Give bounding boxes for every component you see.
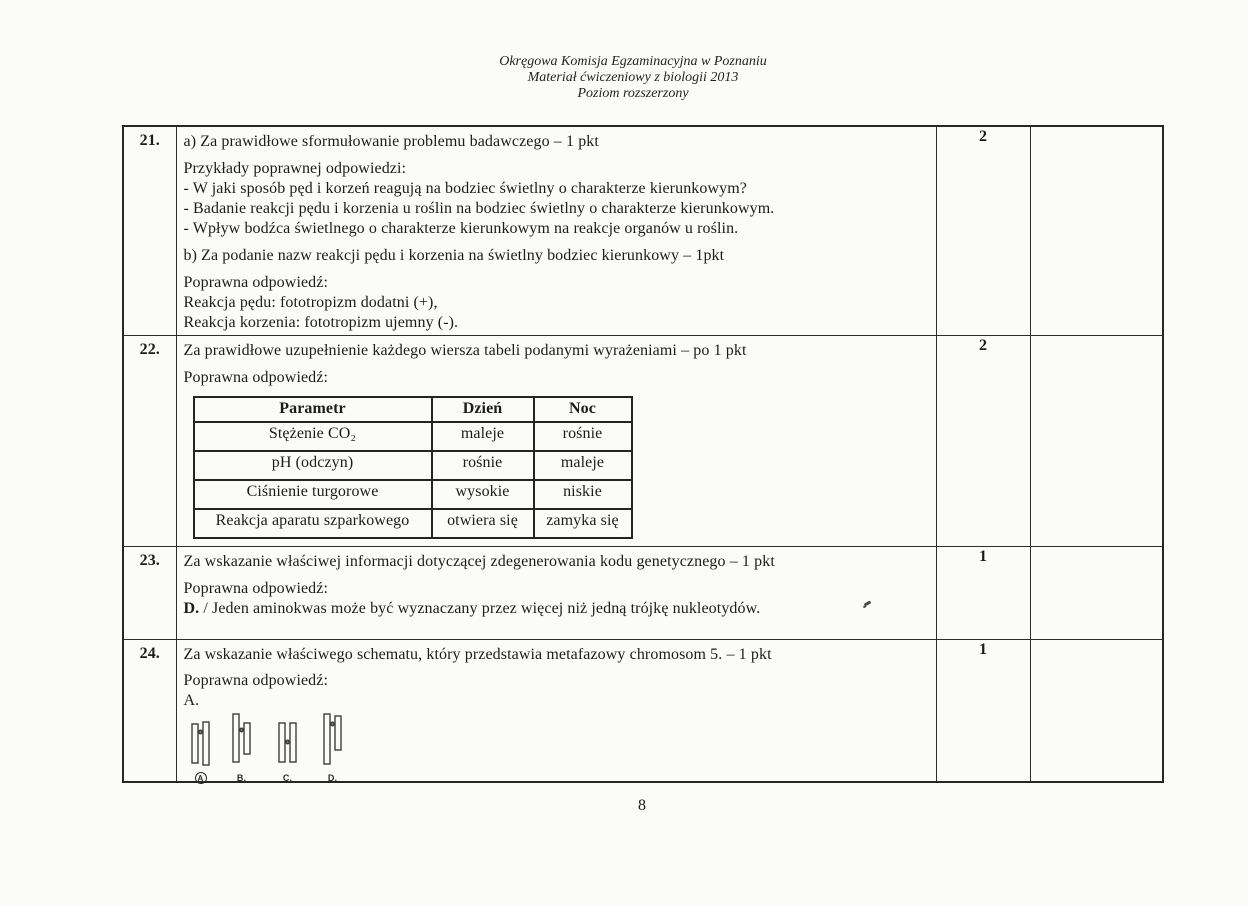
- inner-header-row: Parametr Dzień Noc: [194, 397, 632, 422]
- option-label: D.: [328, 773, 337, 784]
- table-row-q22: 22. Za prawidłowe uzupełnienie każdego w…: [123, 335, 1163, 546]
- empty-cell: [1030, 335, 1163, 546]
- empty-cell: [1030, 546, 1163, 639]
- inner-value-dzien: maleje: [432, 422, 534, 451]
- answer-line: Reakcja pędu: fototropizm dodatni (+),: [184, 293, 928, 313]
- answer-line: D. / Jeden aminokwas może być wyznaczany…: [184, 599, 928, 619]
- inner-row-turgor: Ciśnienie turgorowe wysokie niskie: [194, 480, 632, 509]
- option-label: C.: [283, 773, 292, 784]
- option-label: B.: [237, 773, 246, 784]
- chromosome-diagram-icon: [230, 713, 254, 767]
- examples-intro: Przykłady poprawnej odpowiedzi:: [184, 159, 928, 179]
- inner-param: Ciśnienie turgorowe: [194, 480, 432, 509]
- chromosome-option-b: B.: [229, 713, 255, 787]
- answer-letter: D.: [184, 600, 200, 617]
- answer-inner-table: Parametr Dzień Noc Stężenie CO₂ maleje r…: [193, 396, 633, 539]
- inner-header-dzien: Dzień: [432, 397, 534, 422]
- answer-intro: Poprawna odpowiedź:: [184, 671, 928, 691]
- empty-cell: [1030, 126, 1163, 335]
- inner-header-noc: Noc: [534, 397, 632, 422]
- inner-value-dzien: wysokie: [432, 480, 534, 509]
- inner-param: pH (odczyn): [194, 451, 432, 480]
- inner-header-parametr: Parametr: [194, 397, 432, 422]
- table-row-q24: 24. Za wskazanie właściwego schematu, kt…: [123, 639, 1163, 782]
- inner-row-co2: Stężenie CO₂ maleje rośnie: [194, 422, 632, 451]
- answer-line: Reakcja korzenia: fototropizm ujemny (-)…: [184, 313, 928, 333]
- criterion-b: b) Za podanie nazw reakcji pędu i korzen…: [184, 246, 928, 266]
- chromosome-option-a: A: [188, 713, 214, 787]
- question-content: a) Za prawidłowe sformułowanie problemu …: [176, 126, 936, 335]
- inner-value-dzien: otwiera się: [432, 509, 534, 538]
- answer-key-table: 21. a) Za prawidłowe sformułowanie probl…: [122, 125, 1164, 783]
- example-answer: - W jaki sposób pęd i korzeń reagują na …: [184, 179, 928, 199]
- header-institution: Okręgowa Komisja Egzaminacyjna w Poznani…: [18, 54, 1248, 70]
- points-value: 2: [936, 126, 1030, 335]
- empty-cell: [1030, 639, 1163, 782]
- chromosome-option-c: C.: [275, 713, 301, 787]
- question-number: 23.: [123, 546, 176, 639]
- answer-text: / Jeden aminokwas może być wyznaczany pr…: [199, 600, 760, 617]
- chromosome-diagram-icon: [189, 713, 213, 767]
- chromosome-diagram-icon: [276, 713, 300, 767]
- chromosome-option-d: D.: [320, 713, 346, 787]
- chromosome-diagram-icon: [321, 713, 345, 767]
- page-number: 8: [18, 797, 1248, 815]
- header-level: Poziom rozszerzony: [18, 86, 1248, 102]
- question-number: 24.: [123, 639, 176, 782]
- points-value: 1: [936, 639, 1030, 782]
- table-row-q23: 23. Za wskazanie właściwej informacji do…: [123, 546, 1163, 639]
- question-content: Za wskazanie właściwego schematu, który …: [176, 639, 936, 782]
- answer-intro: Poprawna odpowiedź:: [184, 579, 928, 599]
- inner-value-noc: niskie: [534, 480, 632, 509]
- document-header: Okręgowa Komisja Egzaminacyjna w Poznani…: [18, 54, 1248, 102]
- inner-value-noc: rośnie: [534, 422, 632, 451]
- header-material: Materiał ćwiczeniowy z biologii 2013: [18, 70, 1248, 86]
- chromosome-options: A B.: [184, 713, 928, 781]
- inner-value-noc: zamyka się: [534, 509, 632, 538]
- example-answer: - Badanie reakcji pędu i korzenia u rośl…: [184, 199, 928, 219]
- inner-param: Reakcja aparatu szparkowego: [194, 509, 432, 538]
- inner-value-dzien: rośnie: [432, 451, 534, 480]
- criterion: Za wskazanie właściwej informacji dotycz…: [184, 552, 928, 572]
- option-label: A: [195, 772, 207, 784]
- question-content: Za wskazanie właściwej informacji dotycz…: [176, 546, 936, 639]
- points-value: 1: [936, 546, 1030, 639]
- example-answer: - Wpływ bodźca świetlnego o charakterze …: [184, 219, 928, 239]
- criterion-a: a) Za prawidłowe sformułowanie problemu …: [184, 132, 928, 152]
- inner-value-noc: maleje: [534, 451, 632, 480]
- criterion: Za prawidłowe uzupełnienie każdego wiers…: [184, 341, 928, 361]
- table-row-q21: 21. a) Za prawidłowe sformułowanie probl…: [123, 126, 1163, 335]
- inner-param: Stężenie CO₂: [194, 422, 432, 451]
- question-number: 22.: [123, 335, 176, 546]
- answer-intro: Poprawna odpowiedź:: [184, 273, 928, 293]
- question-number: 21.: [123, 126, 176, 335]
- inner-row-ph: pH (odczyn) rośnie maleje: [194, 451, 632, 480]
- answer-letter: A.: [184, 691, 928, 711]
- criterion: Za wskazanie właściwego schematu, który …: [184, 645, 928, 665]
- inner-row-szparki: Reakcja aparatu szparkowego otwiera się …: [194, 509, 632, 538]
- points-value: 2: [936, 335, 1030, 546]
- scanned-document-page: Okręgowa Komisja Egzaminacyjna w Poznani…: [0, 0, 1248, 906]
- answer-intro: Poprawna odpowiedź:: [184, 368, 928, 388]
- question-content: Za prawidłowe uzupełnienie każdego wiers…: [176, 335, 936, 546]
